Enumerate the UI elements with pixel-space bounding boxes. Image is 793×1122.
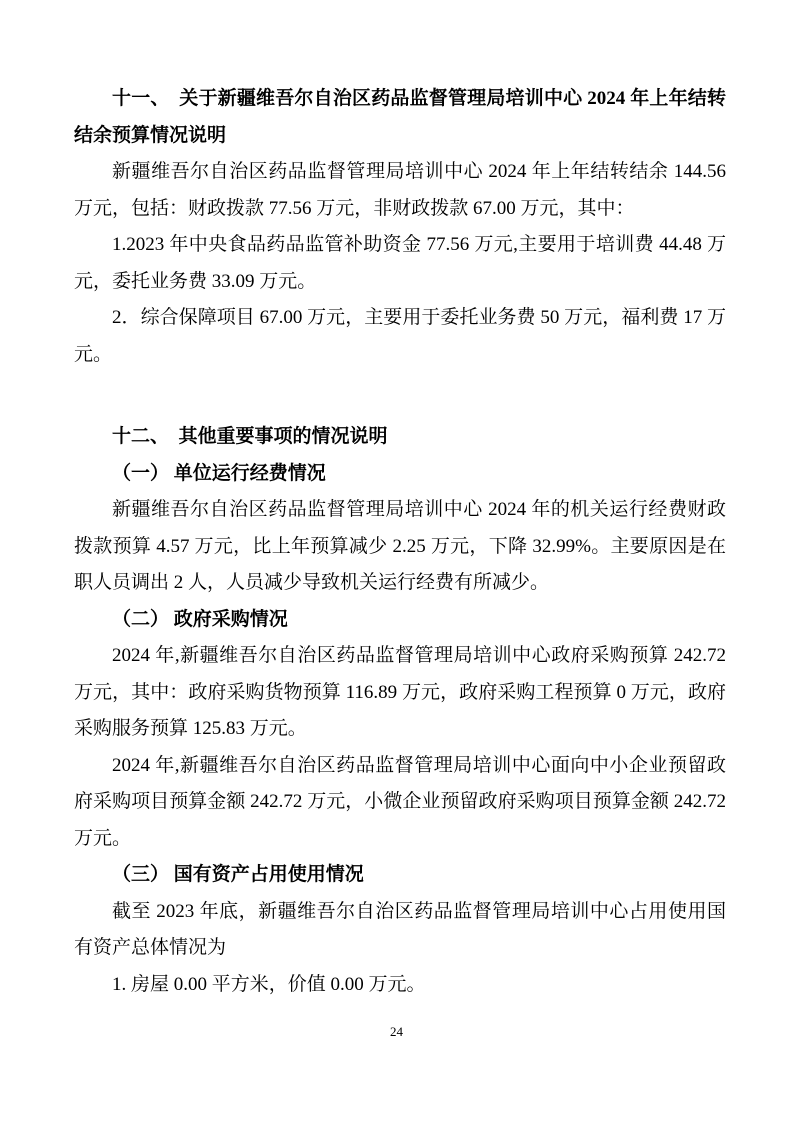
page-number: 24 [0, 1024, 793, 1040]
subsection-3-paragraph-2: 1. 房屋 0.00 平方米，价值 0.00 万元。 [74, 967, 726, 1004]
section-12-heading: 十二、 其他重要事项的情况说明 [74, 419, 726, 456]
section-11-heading: 十一、 关于新疆维吾尔自治区药品监督管理局培训中心 2024 年上年结转结余预算… [74, 81, 726, 154]
subsection-3-heading: （三） 国有资产占用使用情况 [74, 857, 726, 894]
document-page: 十一、 关于新疆维吾尔自治区药品监督管理局培训中心 2024 年上年结转结余预算… [0, 0, 793, 1122]
subsection-2-heading: （二） 政府采购情况 [74, 602, 726, 639]
subsection-3-paragraph-1: 截至 2023 年底，新疆维吾尔自治区药品监督管理局培训中心占用使用国有资产总体… [74, 894, 726, 967]
subsection-2-paragraph-1: 2024 年,新疆维吾尔自治区药品监督管理局培训中心政府采购预算 242.72 … [74, 638, 726, 748]
section-11-paragraph-2: 1.2023 年中央食品药品监管补助资金 77.56 万元,主要用于培训费 44… [74, 227, 726, 300]
subsection-2-paragraph-2: 2024 年,新疆维吾尔自治区药品监督管理局培训中心面向中小企业预留政府采购项目… [74, 748, 726, 858]
section-11-paragraph-3: 2．综合保障项目 67.00 万元，主要用于委托业务费 50 万元，福利费 17… [74, 300, 726, 373]
document-content: 十一、 关于新疆维吾尔自治区药品监督管理局培训中心 2024 年上年结转结余预算… [74, 81, 726, 1003]
subsection-1-paragraph-1: 新疆维吾尔自治区药品监督管理局培训中心 2024 年的机关运行经费财政拨款预算 … [74, 492, 726, 602]
subsection-1-heading: （一） 单位运行经费情况 [74, 456, 726, 493]
section-11-paragraph-1: 新疆维吾尔自治区药品监督管理局培训中心 2024 年上年结转结余 144.56 … [74, 154, 726, 227]
